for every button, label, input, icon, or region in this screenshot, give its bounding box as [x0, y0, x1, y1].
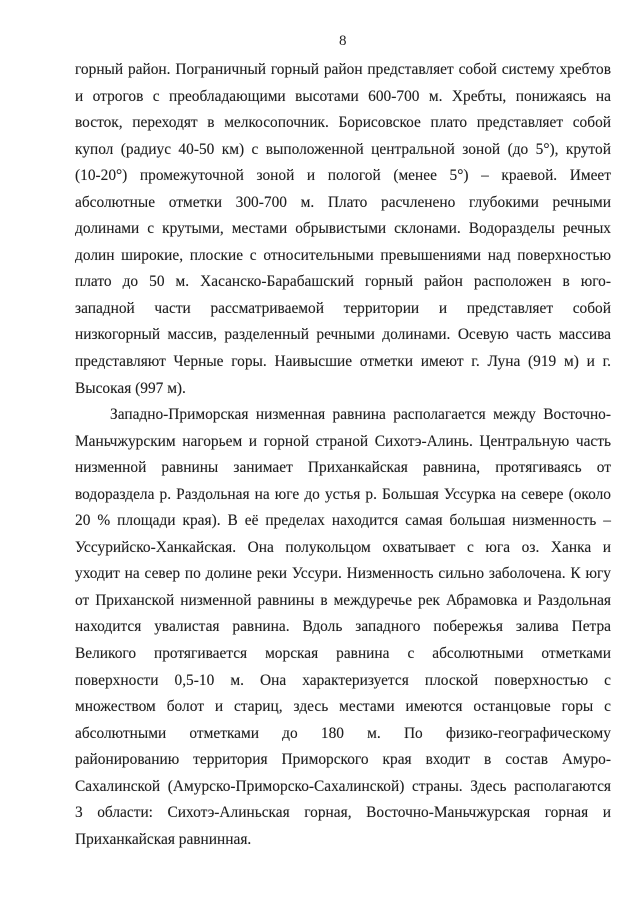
text-line: Великого протягивается морская равнина с… [75, 641, 611, 668]
text-line: Маньчжурским нагорьем и горной страной С… [75, 429, 611, 456]
text-line: западной части рассматриваемой территори… [75, 296, 611, 323]
text-line: и отрогов с преобладающими высотами 600-… [75, 84, 611, 111]
text-line: долин широкие, плоские с относительными … [75, 243, 611, 270]
text-line: Уссурийско-Ханкайская. Она полукольцом о… [75, 535, 611, 562]
text-line: представляют Черные горы. Наивысшие отме… [75, 349, 611, 376]
text-line: плато до 50 м. Хасанско-Барабашский горн… [75, 269, 611, 296]
text-line: 20 % площади края). В её пределах находи… [75, 508, 611, 535]
text-line: от Приханской низменной равнины в междур… [75, 588, 611, 615]
text-line: горный район. Пограничный горный район п… [75, 57, 611, 84]
text-line: низкогорный массив, разделенный речными … [75, 322, 611, 349]
text-line: купол (радиус 40-50 км) с выположенной ц… [75, 137, 611, 164]
scanned-document-page: 8 горный район. Пограничный горный район… [0, 0, 640, 905]
text-line: абсолютными отметками до 180 м. По физик… [75, 721, 611, 748]
text-line: 3 области: Сихотэ-Алиньская горная, Вост… [75, 800, 611, 827]
text-line: поверхности 0,5-10 м. Она характеризуетс… [75, 668, 611, 695]
text-line: водораздела р. Раздольная на юге до усть… [75, 482, 611, 509]
document-body: горный район. Пограничный горный район п… [75, 57, 611, 853]
text-line: Сахалинской (Амурско-Приморско-Сахалинск… [75, 774, 611, 801]
text-line: абсолютные отметки 300-700 м. Плато расч… [75, 190, 611, 217]
text-line: находится увалистая равнина. Вдоль запад… [75, 614, 611, 641]
text-line: районированию территория Приморского кра… [75, 747, 611, 774]
text-line: восток, переходят в мелкосопочник. Борис… [75, 110, 611, 137]
page-number: 8 [75, 33, 611, 50]
text-line: (10-20°) промежуточной зоной и пологой (… [75, 163, 611, 190]
text-line: Западно-Приморская низменная равнина рас… [75, 402, 611, 429]
text-line: Высокая (997 м). [75, 376, 611, 403]
text-line: множеством болот и стариц, здесь местами… [75, 694, 611, 721]
text-line: уходит на север по долине реки Уссури. Н… [75, 561, 611, 588]
text-line: низменной равнины занимает Приханкайская… [75, 455, 611, 482]
text-line: Приханкайская равнинная. [75, 827, 611, 854]
text-line: долинами с крутыми, местами обрывистыми … [75, 216, 611, 243]
